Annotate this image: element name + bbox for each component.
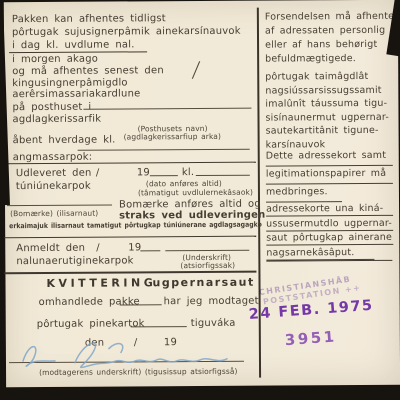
delivered-label-greenlandic: túniúnekarpok [16,181,91,192]
right-paragraph-greenlandic: pôrtugak taimâgdlât nagsiússarsissugssam… [265,70,392,152]
year-blank-field [140,250,160,251]
scan-stage: Pakken kan afhentes tidligst pôrtugak su… [0,0,400,400]
right-text-line: sisínaunermut ugpernar- [265,111,392,125]
underlined-text-line: medbringes. [266,186,342,202]
field-label-posthus: agdlagkerissarfik [12,114,101,126]
right-text-line: eller af hans behørigt [265,38,392,53]
right-paragraph-danish: Forsendelsen må afhentes af adressaten p… [265,10,392,67]
greenlandic-bold-note: erkaimajuk ilisarnaut tamatigut pôrtugka… [9,221,262,231]
underlined-text-line: legitimationspapirer må [266,168,393,185]
bomaerke-note-bold: straks ved udleveringen [119,210,265,222]
receipt-line-greenlandic: pôrtugak pinekartok [37,318,145,330]
notice-line: kingusingnerpâmigdlo [12,77,128,89]
date-slash: / [96,168,100,179]
date-slash: / [96,243,100,254]
field-caption: (atsiorfigssak) [180,261,235,270]
field-caption: (dato anføres altid) [146,179,222,188]
delivered-label: Udleveret den [16,168,92,179]
notice-line: Pakken kan afhentes tidligst [12,13,166,25]
right-text-line: sautekartitânit tigune- [266,124,393,138]
notice-line: i dag kl. uvdlume nal. [12,39,135,51]
year-blank-field [150,175,178,176]
underlined-text-line: saut pôrtugkap ainerane [266,232,393,246]
recipient-signature-handwriting [9,334,244,373]
receipt-line: har jeg modtaget [164,296,259,308]
receipt-heading: KVITTERING [46,276,156,290]
bomaerke-note: Bomærke anføres altid og [119,199,261,211]
receipt-line: omhandlede pakke [39,296,140,308]
year-prefix: 19 [137,167,150,178]
underlined-text-line: Dette adressekort samt [266,150,393,167]
notice-line: på posthuset i [12,102,91,113]
field-caption: (agdlagkerissarfiup arka) [124,132,221,142]
right-paragraph-underlined-greenlandic: adressekorte una kiná- ussusermutdlo ugp… [266,203,393,262]
scanned-postal-card: Pakken kan afhentes tidligst pôrtugak su… [0,0,400,400]
underlined-text-line: adressekorte una kiná- [266,203,393,217]
opening-hours-label: angmassarpok: [13,152,93,163]
field-caption: (tâmatigut uvdlulernekâsaok) [138,188,253,198]
notice-line: i morgen akago [12,54,98,66]
receipt-line-greenlandic: tiguváka [191,318,236,329]
right-text-line: imalûnît táussuma tigu- [265,97,392,111]
right-text-line: nagsiússarsissugssamit [265,83,392,97]
underlined-text-line: nagsarnekâsâput. [266,246,374,260]
field-caption: (Bomærke) (ilisarnaut) [10,209,98,219]
announced-label-greenlandic: nalunaerutiginekarpok [16,255,133,267]
right-text-line: Forsendelsen må afhentes [265,10,392,25]
clock-label: kl. [182,167,194,178]
notice-line: pôrtugak sujusignerpâmik ainekarsínauvok [12,26,241,38]
underlined-text-line: ussusermutdlo ugpernar- [266,217,393,231]
right-text-line: af adressaten personlig [265,24,392,39]
right-text-line: pôrtugak taimâgdlât [265,70,392,84]
receipt-heading-greenlandic: ugpernarsaut [152,276,254,290]
right-text-line: befuldmægtigede. [265,52,392,67]
year-prefix: 19 [128,242,141,253]
opening-hours-label: åbent hverdage kl. [13,135,116,147]
announced-label: Anmeldt den [16,243,85,254]
notice-line: og må afhentes senest den [12,65,164,77]
right-paragraph-underlined-danish: Dette adressekort samt legitimationspapi… [266,150,393,205]
notice-line: aerêrsimassariakardlune [12,88,140,100]
